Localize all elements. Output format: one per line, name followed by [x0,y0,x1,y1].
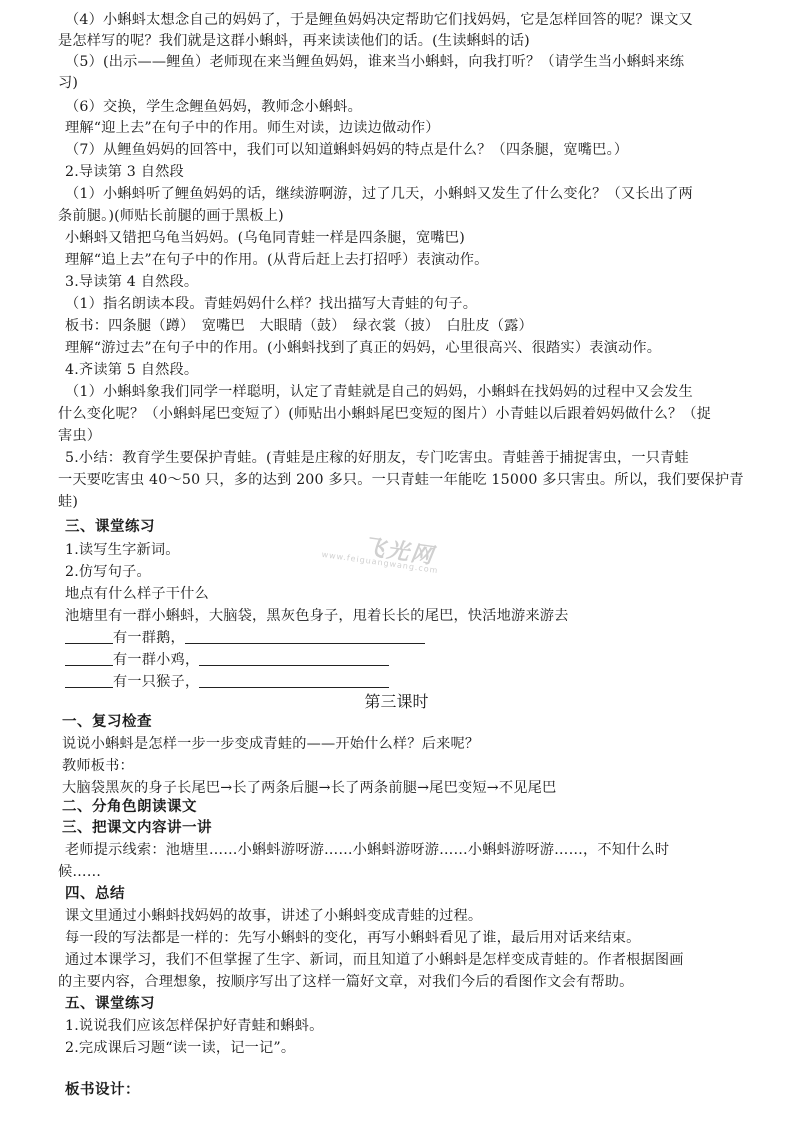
practice-item: 1.说说我们应该怎样保护好青蛙和蝌蚪。 [65,1016,755,1037]
paragraph-line: 3.导读第 4 自然段。 [65,272,755,293]
blank[interactable] [199,651,389,666]
blank[interactable] [185,629,425,644]
paragraph-line: （5）(出示——鲤鱼）老师现在来当鲤鱼妈妈，谁来当小蝌蚪，向我打听？（请学生当小… [65,52,755,73]
paragraph-line: 2.导读第 3 自然段 [65,162,755,183]
fill-blank-line: 有一群小鸡， [65,650,755,671]
paragraph-line: （6）交换，学生念鲤鱼妈妈，教师念小蝌蚪。 [65,97,755,118]
blank[interactable] [65,629,113,644]
paragraph-line: 小蝌蚪又错把乌龟当妈妈。(乌龟同青蛙一样是四条腿，宽嘴巴) [65,228,755,249]
paragraph-line: 一天要吃害虫 40～50 只，多的达到 200 多只。一只青蛙一年能吃 1500… [58,470,748,491]
summary-paragraph: 每一段的写法都是一样的：先写小蝌蚪的变化，再写小蝌蚪看见了谁，最后用对话来结束。 [65,928,755,949]
board-label: 教师板书： [62,756,752,777]
paragraph-line: 什么变化呢？（小蝌蚪尾巴变短了）(师贴出小蝌蚪尾巴变短的图片）小青蛙以后跟着妈妈… [58,404,748,425]
sentence-pattern: 地点有什么样子干什么 [65,584,755,605]
fill-blank-line: 有一群鹅， [65,628,755,649]
paragraph-line: （7）从鲤鱼妈妈的回答中，我们可以知道蝌蚪妈妈的特点是什么？（四条腿，宽嘴巴。） [65,140,755,161]
paragraph-line: 蛙) [58,492,748,513]
paragraph-line: 板书：四条腿（蹲） 宽嘴巴 大眼睛（鼓） 绿衣裳（披） 白肚皮（露） [65,316,755,337]
board-design-heading: 板书设计： [65,1080,755,1101]
document-page: （4）小蝌蚪太想念自己的妈妈了，于是鲤鱼妈妈决定帮助它们找妈妈，它是怎样回答的呢… [0,0,793,1122]
blank[interactable] [199,673,389,688]
summary-paragraph: 课文里通过小蝌蚪找妈妈的故事，讲述了小蝌蚪变成青蛙的过程。 [65,906,755,927]
section-heading-roleplay: 二、分角色朗读课文 [62,797,752,818]
review-question: 说说小蝌蚪是怎样一步一步变成青蛙的——开始什么样？后来呢？ [62,734,752,755]
paragraph-line: 习) [58,73,748,94]
paragraph-line: 理解“追上去”在句子中的作用。(从背后赶上去打招呼）表演动作。 [65,250,755,271]
blank[interactable] [65,673,113,688]
paragraph-line: （1）指名朗读本段。青蛙妈妈什么样？找出描写大青蛙的句子。 [65,294,755,315]
example-sentence: 池塘里有一群小蝌蚪，大脑袋，黑灰色身子，甩着长长的尾巴，快活地游来游去 [65,606,755,627]
section-heading-summary: 四、总结 [65,884,755,905]
section-heading-practice: 三、课堂练习 [65,517,755,538]
retell-prompt-cont: 候…… [58,862,748,883]
paragraph-line: 条前腿。)(师贴长前腿的画于黑板上) [58,206,748,227]
lesson-title: 第三课时 [0,689,793,712]
summary-paragraph-cont: 的主要内容，合理想象，按顺序写出了这样一篇好文章，对我们今后的看图作文会有帮助。 [58,972,748,993]
paragraph-line: 理解“迎上去”在句子中的作用。师生对读，边读边做动作） [65,118,755,139]
paragraph-line: 理解“游过去”在句子中的作用。(小蝌蚪找到了真正的妈妈，心里很高兴、很踏实）表演… [65,338,755,359]
section-heading-practice2: 五、课堂练习 [65,994,755,1015]
board-content: 大脑袋黑灰的身子长尾巴→长了两条后腿→长了两条前腿→尾巴变短→不见尾巴 [62,778,752,799]
summary-paragraph: 通过本课学习，我们不但掌握了生字、新词，而且知道了小蝌蚪是怎样变成青蛙的。作者根… [65,950,755,971]
section-heading-review: 一、复习检查 [62,712,752,733]
paragraph-line: （1）小蝌蚪象我们同学一样聪明，认定了青蛙就是自己的妈妈，小蝌蚪在找妈妈的过程中… [65,382,755,403]
paragraph-line: 5.小结：教育学生要保护青蛙。(青蛙是庄稼的好朋友，专门吃害虫。青蛙善于捕捉害虫… [65,448,755,469]
retell-prompt: 老师提示线索：池塘里……小蝌蚪游呀游……小蝌蚪游呀游……小蝌蚪游呀游……，不知什… [65,840,755,861]
paragraph-line: （4）小蝌蚪太想念自己的妈妈了，于是鲤鱼妈妈决定帮助它们找妈妈，它是怎样回答的呢… [65,10,755,31]
paragraph-line: 害虫） [58,426,748,447]
paragraph-line: （1）小蝌蚪听了鲤鱼妈妈的话，继续游啊游，过了几天，小蝌蚪又发生了什么变化？（又… [65,184,755,205]
section-heading-retell: 三、把课文内容讲一讲 [62,818,752,839]
paragraph-line: 4.齐读第 5 自然段。 [65,360,755,381]
practice-item: 2.完成课后习题“读一读，记一记”。 [65,1038,755,1059]
paragraph-line: 是怎样写的呢？我们就是这群小蝌蚪，再来读读他们的话。(生读蝌蚪的话) [58,31,748,52]
blank[interactable] [65,651,113,666]
